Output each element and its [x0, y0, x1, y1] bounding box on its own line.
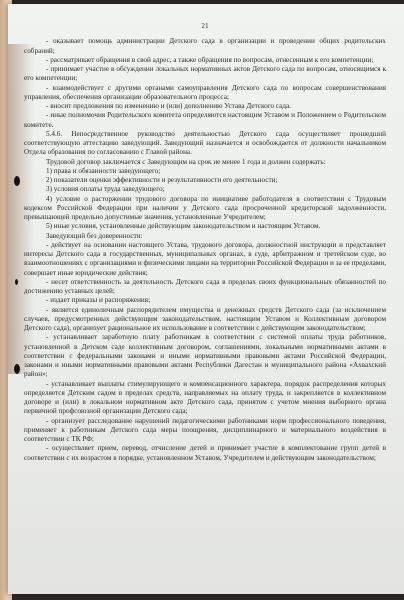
document-page: 21 - оказывает помощь администрации Детс… [8, 4, 404, 594]
list-item: 2) показатели оценки эффективности и рез… [24, 176, 386, 185]
paragraph: - оказывает помощь администрации Детског… [24, 37, 386, 56]
paragraph: - осуществляет прием, перевод, отчислени… [24, 444, 386, 463]
list-item: 3) условия оплаты труда заведующего; [24, 185, 386, 194]
punch-hole [14, 176, 20, 186]
paragraph: - устанавливает выплаты стимулирующего и… [24, 380, 386, 417]
paragraph: - издает приказы и распоряжения; [24, 296, 386, 305]
list-item: 4) условие о расторжении трудового догов… [24, 195, 386, 223]
paragraph: - действует на основании настоящего Уста… [24, 241, 386, 278]
paragraph: - рассматривает обращения в свой адрес, … [24, 56, 386, 65]
paragraph: - организует расследование нарушений пед… [24, 417, 386, 445]
punch-hole [15, 279, 18, 285]
paragraph: - является единоличным распорядителем им… [24, 306, 386, 334]
paragraph: - несет ответственность за деятельность … [24, 278, 386, 297]
paragraph: - иные полномочия Родительского комитета… [24, 111, 386, 130]
paragraph: - взаимодействует с другими органами сам… [24, 84, 386, 103]
paragraph: Заведующий без доверенности: [24, 232, 386, 241]
paragraph: - принимает участие в обсуждении локальн… [24, 65, 386, 84]
document-body: 21 - оказывает помощь администрации Детс… [24, 22, 386, 463]
paragraph: - устанавливает заработную плату работни… [24, 333, 386, 379]
page-number: 21 [24, 22, 386, 31]
paragraph: - вносит предложения по изменению и (или… [24, 102, 386, 111]
section-5-4-6: 5.4.6. Непосредственное руководство деят… [24, 130, 386, 158]
list-item: 1) права и обязанности заведующего; [24, 167, 386, 176]
list-item: 5) иные условия, установленные действующ… [24, 222, 386, 231]
paragraph: Трудовой договор заключается с Заведующи… [24, 158, 386, 167]
punch-hole [14, 364, 20, 374]
